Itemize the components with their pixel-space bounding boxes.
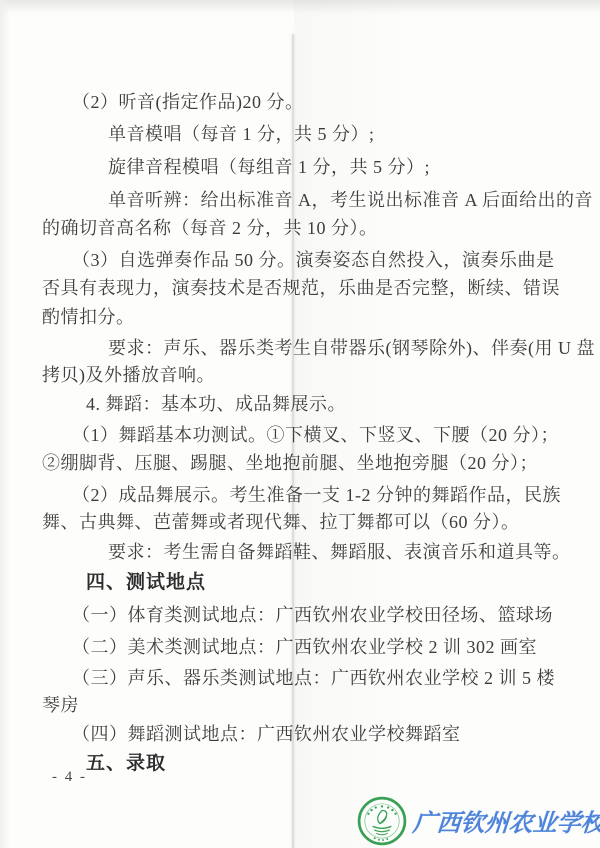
- section-heading-test-locations: 四、测试地点: [86, 572, 206, 594]
- doc-line: 酌情扣分。: [42, 306, 135, 328]
- doc-line: （1）舞蹈基本功测试。①下横叉、下竖叉、下腰（20 分）；: [72, 424, 559, 446]
- school-emblem-icon: [357, 796, 407, 846]
- doc-line: 旋律音程模唱（每组音 1 分，共 5 分）;: [108, 156, 430, 178]
- page-number: - 4 -: [52, 769, 87, 786]
- doc-line: （三）声乐、器乐类测试地点：广西钦州农业学校 2 训 5 楼: [72, 667, 555, 689]
- doc-line: （3）自选弹奏作品 50 分。演奏姿态自然投入，演奏乐曲是: [72, 249, 555, 271]
- doc-line: 否具有表现力，演奏技术是否规范，乐曲是否完整，断续、错误: [42, 277, 560, 299]
- doc-line: ②绷脚背、压腿、踢腿、坐地抱前腿、坐地抱旁腿（20 分）；: [42, 452, 538, 474]
- doc-line: 4. 舞蹈：基本功、成品舞展示。: [86, 393, 346, 415]
- doc-line: （2）成品舞展示。考生准备一支 1-2 分钟的舞蹈作品，民族: [72, 484, 561, 506]
- doc-line: （四）舞蹈测试地点：广西钦州农业学校舞蹈室: [72, 723, 461, 745]
- scan-left-edge: [0, 0, 10, 848]
- doc-line: 要求：考生需自备舞蹈鞋、舞蹈服、表演音乐和道具等。: [108, 541, 571, 563]
- doc-line: 单音听辨：给出标准音 A，考生说出标准音 A 后面给出的音: [108, 189, 593, 211]
- doc-line: 拷贝)及外播放音响。: [42, 364, 215, 386]
- doc-line: （二）美术类测试地点：广西钦州农业学校 2 训 302 画室: [72, 636, 537, 658]
- scanned-document-page: （2）听音(指定作品)20 分。 单音模唱（每音 1 分，共 5 分）; 旋律音…: [0, 0, 600, 848]
- school-name-watermark: 广西钦州农业学校: [412, 803, 600, 838]
- section-heading-admission: 五、录取: [86, 753, 166, 775]
- doc-line: （一）体育类测试地点：广西钦州农业学校田径场、篮球场: [72, 604, 553, 626]
- doc-line: 要求：声乐、器乐类考生自带器乐(钢琴除外)、伴奏(用 U 盘: [108, 337, 595, 359]
- doc-line: 舞、古典舞、芭蕾舞或者现代舞、拉丁舞都可以（60 分）。: [42, 511, 520, 533]
- doc-line: （2）听音(指定作品)20 分。: [72, 91, 304, 113]
- doc-line: 单音模唱（每音 1 分，共 5 分）;: [108, 123, 375, 145]
- doc-line: 的确切音高名称（每音 2 分，共 10 分）。: [42, 217, 378, 239]
- doc-line: 琴房: [42, 694, 79, 716]
